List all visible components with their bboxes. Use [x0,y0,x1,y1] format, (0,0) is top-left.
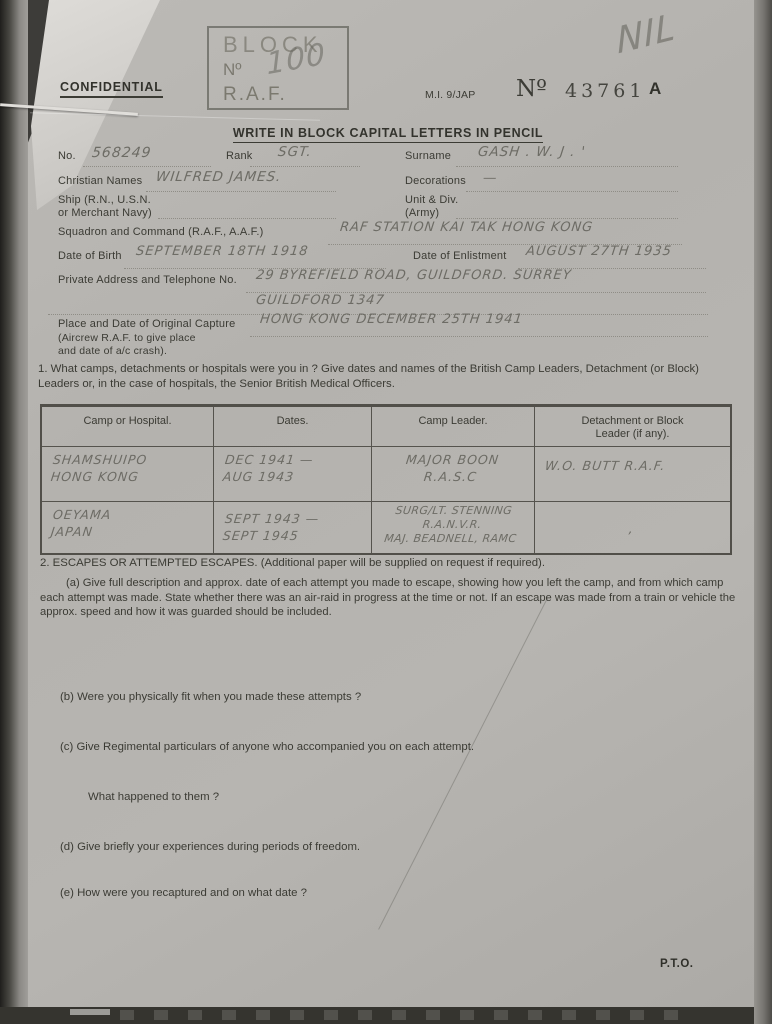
table-row: OEYAMA JAPAN [42,502,214,553]
form-instruction-title: WRITE IN BLOCK CAPITAL LETTERS IN PENCIL [178,124,598,143]
christian-names-label: Christian Names [58,175,142,187]
question-2e: (e) How were you recaptured and on what … [60,886,720,901]
table-row: W.O. BUTT R.A.F. [535,447,730,502]
table-row: SEPT 1943 — SEPT 1945 [214,502,372,553]
page-right-edge [754,0,772,1024]
page-stack-edge [0,0,28,1007]
squadron-label: Squadron and Command (R.A.F., A.A.F.) [58,226,264,238]
question-2a: (a) Give full description and approx. da… [40,576,736,620]
col-header-leader: Camp Leader. [372,407,535,447]
col-header-camp: Camp or Hospital. [42,407,214,447]
date-of-birth-label: Date of Birth [58,250,122,262]
table-row: SURG/LT. STENNING R.A.N.V.R. MAJ. BEADNE… [372,502,535,553]
col-header-dates: Dates. [214,407,372,447]
date-of-enlistment-label: Date of Enlistment [413,250,506,262]
write-in-rule [146,190,336,192]
detachment-cell: , [628,520,635,537]
unit-label: Unit & Div. (Army) [405,194,458,219]
question-2b: (b) Were you physically fit when you mad… [60,690,720,705]
camp-cell: SHAMSHUIPO HONG KONG [50,451,148,485]
confidential-marking: CONFIDENTIAL [60,80,163,98]
rank-value: SGT. [277,144,313,160]
camp-cell: OEYAMA JAPAN [50,506,112,540]
underlying-page-writing [120,1010,680,1020]
write-in-rule [250,165,360,167]
question-2c-followup: What happened to them ? [88,790,488,805]
write-in-rule [456,165,678,167]
decorations-label: Decorations [405,175,466,187]
capture-label: Place and Date of Original Capture [58,318,235,330]
ship-label: Ship (R.N., U.S.N. or Merchant Navy) [58,194,152,219]
write-in-rule [456,217,678,219]
page-turn-over-marking: P.T.O. [660,958,693,970]
telephone-value: GUILDFORD 1347 [255,293,385,308]
camps-table: Camp or Hospital. Dates. Camp Leader. De… [40,404,732,555]
form-instruction-text: WRITE IN BLOCK CAPITAL LETTERS IN PENCIL [233,126,543,143]
section-2-heading: 2. ESCAPES OR ATTEMPTED ESCAPES. (Additi… [40,556,734,571]
service-no-value: 568249 [91,145,152,161]
decorations-value: — [482,170,498,186]
file-number: 43761 [565,80,645,102]
address-value: 29 BYREFIELD ROAD, GUILDFORD. SURREY [255,268,572,283]
capture-note: (Aircrew R.A.F. to give place and date o… [58,332,196,357]
form-page: CONFIDENTIAL BLOCK Nº R.A.F. 100 M.I. 9/… [28,0,754,1007]
service-no-label: No. [58,150,76,162]
series-letter: A [649,79,661,99]
rank-label: Rank [226,150,252,162]
leader-cell: MAJOR BOON R.A.S.C [403,451,500,485]
address-label: Private Address and Telephone No. [58,274,237,286]
question-2c: (c) Give Regimental particulars of anyon… [60,740,720,755]
col-header-detachment: Detachment or Block Leader (if any). [535,407,730,447]
write-in-rule [466,190,678,192]
squadron-value: RAF STATION KAI TAK HONG KONG [339,220,594,235]
scanned-document: CONFIDENTIAL BLOCK Nº R.A.F. 100 M.I. 9/… [0,0,772,1024]
date-of-enlistment-value: AUGUST 27TH 1935 [525,244,673,259]
nil-pencil-annotation: NIL [615,6,677,62]
number-sign: Nº [516,76,547,102]
file-reference: M.I. 9/JAP [425,89,475,101]
table-row: , [535,502,730,553]
surname-label: Surname [405,150,451,162]
leader-cell: SURG/LT. STENNING R.A.N.V.R. MAJ. BEADNE… [383,504,520,546]
paper-crease [378,598,548,930]
dates-cell: DEC 1941 — AUG 1943 [222,451,315,485]
write-in-rule [250,335,708,337]
question-2d: (d) Give briefly your experiences during… [60,840,720,855]
table-row: SHAMSHUIPO HONG KONG [42,447,214,502]
stamp-line-raf: R.A.F. [223,84,347,106]
surname-value: GASH . W. J . ' [477,144,587,160]
question-1: 1. What camps, detachments or hospitals … [38,362,732,392]
detachment-cell: W.O. BUTT R.A.F. [544,457,667,474]
dates-cell: SEPT 1943 — SEPT 1945 [222,510,320,544]
write-in-rule [83,165,211,167]
write-in-rule [158,217,336,219]
capture-value: HONG KONG DECEMBER 25TH 1941 [259,312,524,327]
table-row: MAJOR BOON R.A.S.C [372,447,535,502]
christian-names-value: WILFRED JAMES. [155,169,282,185]
table-row: DEC 1941 — AUG 1943 [214,447,372,502]
date-of-birth-value: SEPTEMBER 18TH 1918 [135,244,309,259]
